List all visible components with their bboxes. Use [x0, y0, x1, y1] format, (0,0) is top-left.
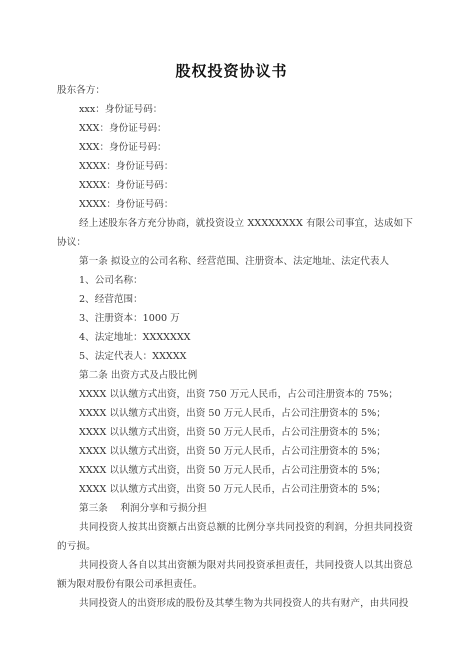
party-line: XXXX：身份证号码：	[57, 176, 413, 195]
article2-item: XXXX 以认缴方式出资，出资 50 万元人民币，占公司注册资本的 5%；	[57, 461, 413, 480]
article1-heading: 第一条 拟设立的公司名称、经营范围、注册资本、法定地址、法定代表人	[57, 252, 413, 271]
article2-item: XXXX 以认缴方式出资，出资 50 万元人民币，占公司注册资本的 5%；	[57, 404, 413, 423]
party-line: XXXX：身份证号码：	[57, 157, 413, 176]
article1-item: 2、经营范围：	[57, 290, 413, 309]
article1-item: 1、公司名称：	[57, 271, 413, 290]
article3-paragraph: 共同投资人按其出资额占出资总额的比例分享共同投资的利润，分担共同投资的亏损。	[57, 518, 413, 556]
article1-item: 4、法定地址：XXXXXXX	[57, 328, 413, 347]
article3-heading: 第三条 利润分享和亏损分担	[57, 499, 413, 518]
article2-heading: 第二条 出资方式及占股比例	[57, 366, 413, 385]
document-title: 股权投资协议书	[0, 60, 463, 81]
article2-item: XXXX 以认缴方式出资，出资 50 万元人民币，占公司注册资本的 5%；	[57, 423, 413, 442]
preamble-paragraph: 经上述股东各方充分协商，就投资设立 XXXXXXXX 有限公司事宜，达成如下协议…	[57, 214, 413, 252]
document-page: 股权投资协议书 股东各方： xxx：身份证号码： XXX：身份证号码： XXX：…	[0, 0, 463, 655]
article3-paragraph: 共同投资人各自以其出资额为限对共同投资承担责任，共同投资人以其出资总额为限对股份…	[57, 556, 413, 594]
article2-item: XXXX 以认缴方式出资，出资 50 万元人民币，占公司注册资本的 5%；	[57, 442, 413, 461]
article2-item: XXXX 以认缴方式出资，出资 50 万元人民币，占公司注册资本的 5%；	[57, 480, 413, 499]
article1-item: 3、注册资本：1000 万	[57, 309, 413, 328]
party-line: xxx：身份证号码：	[57, 100, 413, 119]
article3-paragraph: 共同投资人的出资形成的股份及其孳生物为共同投资人的共有财产，由共同投	[57, 594, 413, 613]
article2-item: XXXX 以认缴方式出资，出资 750 万元人民币，占公司注册资本的 75%；	[57, 385, 413, 404]
article1-item: 5、法定代表人：XXXXX	[57, 347, 413, 366]
party-line: XXX：身份证号码：	[57, 119, 413, 138]
party-line: XXX：身份证号码：	[57, 138, 413, 157]
document-body: 股东各方： xxx：身份证号码： XXX：身份证号码： XXX：身份证号码： X…	[57, 81, 413, 613]
parties-heading: 股东各方：	[57, 81, 413, 100]
party-line: XXXX：身份证号码：	[57, 195, 413, 214]
